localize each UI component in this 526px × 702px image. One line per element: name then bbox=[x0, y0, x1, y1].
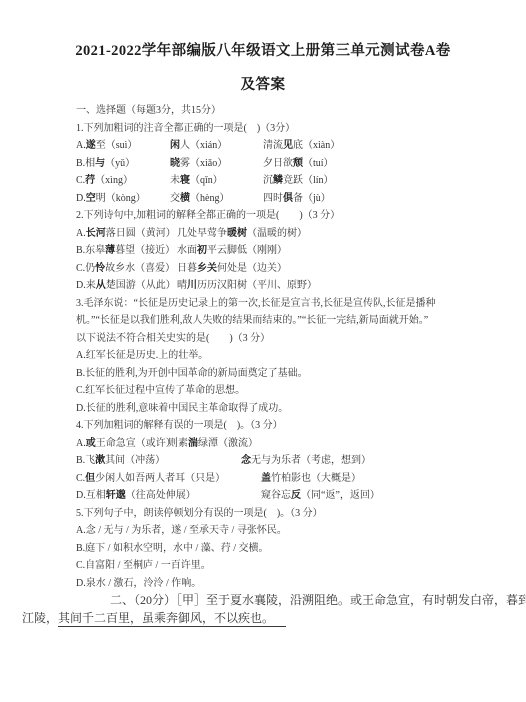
option-text: （hèng） bbox=[190, 193, 229, 204]
passage-text: 江陵， bbox=[22, 611, 58, 625]
question-3-stem-line-2: 机。”“长征是以我们胜利,敌人失败的结果而结束的。”“长征一完结,新局面就开始。… bbox=[76, 312, 490, 330]
question-2-stem: 2.下列诗句中,加粗词的解释全都正确的一项是( )（3 分） bbox=[76, 207, 490, 225]
q1-option-row-c: C.荇（xìng） 未寝（qǐn） 沉鳞竞跃（lín） bbox=[76, 172, 490, 190]
option-bold-word: 或 bbox=[86, 438, 96, 449]
q4-option-row-a: A.或王命急宣（或许） 则素湍绿潭（激流） bbox=[76, 435, 490, 453]
option-cell: 闲人（xián） bbox=[170, 137, 263, 155]
section-2-reading-passage: 二、（20分）［甲］至于夏水襄陵，沿溯阻绝。或王命急宣，有时朝发白帝，暮到 江陵… bbox=[22, 592, 476, 628]
option-text: （往高处伸展） bbox=[126, 490, 196, 501]
option-cell: D.互相轩邈（往高处伸展） bbox=[76, 487, 261, 505]
option-cell: C.仍怜故乡水（喜爱） bbox=[76, 260, 177, 278]
question-3-stem-line-1: 3.毛泽东说：“长征是历史记录上的第一次,长征是宣言书,长征是宣传队,长征是播种 bbox=[76, 295, 490, 313]
option-text: （yǔ） bbox=[105, 158, 135, 169]
option-bold-word: 见 bbox=[283, 140, 293, 151]
section-1-choice-questions: 一、选择题（每题3分，共15分） 1.下列加粗词的注音全都正确的一项是( )（3… bbox=[76, 102, 490, 592]
option-cell: 则素湍绿潭（激流） bbox=[168, 435, 490, 453]
option-text: 竞跃（lín） bbox=[283, 175, 334, 186]
option-bold-word: 盖 bbox=[261, 473, 271, 484]
option-cell: 沉鳞竞跃（lín） bbox=[263, 172, 490, 190]
q3-option-d: D.长征的胜利,意味着中国民主革命取得了成功。 bbox=[76, 400, 490, 418]
option-text: 交 bbox=[170, 193, 180, 204]
q4-option-row-b: B.飞漱其间（冲荡） 念无与为乐者（考虑，想到） bbox=[76, 452, 490, 470]
option-bold-word: 薄 bbox=[105, 245, 115, 256]
option-cell: 窥谷忘反（同“返”，返回） bbox=[261, 487, 490, 505]
option-bold-word: 漱 bbox=[95, 455, 105, 466]
option-bold-word: 鳞 bbox=[273, 175, 283, 186]
option-text: 四时 bbox=[263, 193, 283, 204]
underlined-passage-text: 其间千二百里，虽乘奔御风，不以疾也。 bbox=[58, 611, 286, 627]
option-text: 几处早莺争 bbox=[177, 228, 227, 239]
section2-line-1: 二、（20分）［甲］至于夏水襄陵，沿溯阻绝。或王命急宣，有时朝发白帝，暮到 bbox=[22, 592, 476, 610]
option-cell: C.荇（xìng） bbox=[76, 172, 170, 190]
option-cell: 日暮乡关何处是（边关） bbox=[177, 260, 490, 278]
q1-option-row-a: A.遂至（suì） 闲人（xián） 清流见底（xiàn） bbox=[76, 137, 490, 155]
option-text: 历历汉阳树（平川、原野） bbox=[197, 280, 317, 291]
option-text: 未 bbox=[170, 175, 180, 186]
option-text: 底（xiàn） bbox=[293, 140, 340, 151]
q3-option-c: C.红军长征过程中宣传了革命的思想。 bbox=[76, 382, 490, 400]
option-text: 暮望（接近） bbox=[115, 245, 175, 256]
option-bold-word: 川 bbox=[187, 280, 197, 291]
option-cell: 晓雾（xiǎo） bbox=[170, 155, 263, 173]
option-text: D.来 bbox=[76, 280, 96, 291]
q5-option-b: B.庭下 / 如积水空明，水中 / 藻、荇 / 交横。 bbox=[76, 540, 490, 558]
option-cell: 清流见底（xiàn） bbox=[263, 137, 490, 155]
q5-option-d: D.泉水 / 激石，泠泠 / 作响。 bbox=[76, 575, 490, 593]
option-bold-word: 寝 bbox=[180, 175, 190, 186]
option-text: 窥谷忘 bbox=[261, 490, 291, 501]
option-bold-word: 闲 bbox=[170, 140, 180, 151]
option-bold-word: 俱 bbox=[283, 193, 293, 204]
option-text: 落日圆（黄河） bbox=[106, 228, 176, 239]
option-bold-word: 念 bbox=[241, 455, 251, 466]
option-bold-word: 轩邈 bbox=[106, 490, 126, 501]
option-text: D. bbox=[76, 193, 86, 204]
option-cell: C.但少闲人如吾两人者耳（只是） bbox=[76, 470, 261, 488]
option-text: 雾（xiǎo） bbox=[180, 158, 227, 169]
option-text: 夕日欲 bbox=[263, 158, 293, 169]
option-text: A. bbox=[76, 140, 86, 151]
option-text: 晴 bbox=[177, 280, 187, 291]
option-text: 备（jù） bbox=[293, 193, 331, 204]
option-bold-word: 暖树 bbox=[227, 228, 247, 239]
option-text: 王命急宣（或许） bbox=[96, 438, 176, 449]
option-bold-word: 乡关 bbox=[197, 263, 217, 274]
q4-option-row-c: C.但少闲人如吾两人者耳（只是） 盖竹柏影也（大概是） bbox=[76, 470, 490, 488]
page-title: 2021-2022学年部编版八年级语文上册第三单元测试卷A卷 及答案 bbox=[0, 0, 526, 102]
option-text: 水面 bbox=[177, 245, 197, 256]
option-cell: A.或王命急宣（或许） bbox=[76, 435, 168, 453]
option-bold-word: 与 bbox=[95, 158, 105, 169]
q2-option-row-b: B.东皋薄暮望（接近） 水面初平云脚低（刚刚） bbox=[76, 242, 490, 260]
option-text: A. bbox=[76, 228, 86, 239]
option-bold-word: 反 bbox=[291, 490, 301, 501]
option-text: 故乡水（喜爱） bbox=[105, 263, 175, 274]
option-cell: A.长河落日圆（黄河） bbox=[76, 225, 177, 243]
option-text: B.东皋 bbox=[76, 245, 105, 256]
title-line-2: 及答案 bbox=[0, 68, 526, 102]
option-cell: 水面初平云脚低（刚刚） bbox=[177, 242, 490, 260]
option-text: D.互相 bbox=[76, 490, 106, 501]
option-bold-word: 颓 bbox=[293, 158, 303, 169]
q5-option-c: C.自富阳 / 至桐庐 / 一百许里。 bbox=[76, 557, 490, 575]
option-cell: D.来从楚国游（从此） bbox=[76, 277, 177, 295]
option-cell: 几处早莺争暖树（温暖的树） bbox=[177, 225, 490, 243]
title-line-1: 2021-2022学年部编版八年级语文上册第三单元测试卷A卷 bbox=[0, 34, 526, 68]
option-text: 日暮 bbox=[177, 263, 197, 274]
question-3-stem-line-3: 以下说法不符合相关史实的是( )（3 分） bbox=[76, 330, 490, 348]
q1-option-row-b: B.相与（yǔ） 晓雾（xiǎo） 夕日欲颓（tuí） bbox=[76, 155, 490, 173]
option-text: 何处是（边关） bbox=[217, 263, 287, 274]
option-bold-word: 怜 bbox=[95, 263, 105, 274]
q3-option-a: A.红军长征是历史.上的壮举。 bbox=[76, 347, 490, 365]
option-text: 绿潭（激流） bbox=[198, 438, 258, 449]
option-text: 竹柏影也（大概是） bbox=[271, 473, 361, 484]
q1-option-row-d: D.空明（kòng） 交横（hèng） 四时俱备（jù） bbox=[76, 190, 490, 208]
option-text: 少闲人如吾两人者耳（只是） bbox=[95, 473, 225, 484]
option-text: 其间（冲荡） bbox=[105, 455, 165, 466]
option-bold-word: 长河 bbox=[86, 228, 106, 239]
option-text: B.相 bbox=[76, 158, 95, 169]
option-text: A. bbox=[76, 438, 86, 449]
option-text: B.飞 bbox=[76, 455, 95, 466]
option-bold-word: 湍 bbox=[188, 438, 198, 449]
option-text: 则素 bbox=[168, 438, 188, 449]
q2-option-row-c: C.仍怜故乡水（喜爱） 日暮乡关何处是（边关） bbox=[76, 260, 490, 278]
section2-line-2: 江陵，其间千二百里，虽乘奔御风，不以疾也。 bbox=[22, 610, 476, 628]
option-cell: 晴川历历汉阳树（平川、原野） bbox=[177, 277, 490, 295]
question-4-stem: 4.下列加粗词的解释有误的一项是( )。（3 分） bbox=[76, 417, 490, 435]
option-bold-word: 遂 bbox=[86, 140, 96, 151]
document-page: 2021-2022学年部编版八年级语文上册第三单元测试卷A卷 及答案 一、选择题… bbox=[0, 0, 526, 702]
option-text: （xìng） bbox=[95, 175, 133, 186]
option-cell: 盖竹柏影也（大概是） bbox=[261, 470, 490, 488]
option-cell: 交横（hèng） bbox=[170, 190, 263, 208]
option-cell: 夕日欲颓（tuí） bbox=[263, 155, 490, 173]
option-cell: 未寝（qǐn） bbox=[170, 172, 263, 190]
option-bold-word: 从 bbox=[96, 280, 106, 291]
option-text: （温暖的树） bbox=[247, 228, 307, 239]
q3-option-b: B.长征的胜利,为开创中国革命的新局面奠定了基础。 bbox=[76, 365, 490, 383]
option-text: 无与为乐者（考虑，想到） bbox=[251, 455, 371, 466]
option-cell: B.东皋薄暮望（接近） bbox=[76, 242, 177, 260]
option-bold-word: 荇 bbox=[85, 175, 95, 186]
option-text: （qǐn） bbox=[190, 175, 223, 186]
q2-option-row-d: D.来从楚国游（从此） 晴川历历汉阳树（平川、原野） bbox=[76, 277, 490, 295]
option-bold-word: 但 bbox=[85, 473, 95, 484]
option-bold-word: 晓 bbox=[170, 158, 180, 169]
option-cell: 四时俱备（jù） bbox=[263, 190, 490, 208]
option-cell: B.相与（yǔ） bbox=[76, 155, 170, 173]
option-cell: B.飞漱其间（冲荡） bbox=[76, 452, 241, 470]
option-text: 平云脚低（刚刚） bbox=[207, 245, 287, 256]
option-cell: D.空明（kòng） bbox=[76, 190, 170, 208]
section1-heading: 一、选择题（每题3分，共15分） bbox=[76, 102, 490, 120]
q2-option-row-a: A.长河落日圆（黄河） 几处早莺争暖树（温暖的树） bbox=[76, 225, 490, 243]
option-text: C.仍 bbox=[76, 263, 95, 274]
option-bold-word: 空 bbox=[86, 193, 96, 204]
option-text: 至（suì） bbox=[96, 140, 138, 151]
question-1-stem: 1.下列加粗词的注音全都正确的一项是( )（3分） bbox=[76, 120, 490, 138]
option-text: C. bbox=[76, 175, 85, 186]
option-text: C. bbox=[76, 473, 85, 484]
option-cell: A.遂至（suì） bbox=[76, 137, 170, 155]
option-text: （tuí） bbox=[303, 158, 334, 169]
q5-option-a: A.念 / 无与 / 为乐者，遂 / 至承天寺 / 寻张怀民。 bbox=[76, 522, 490, 540]
question-5-stem: 5.下列句子中，朗读停顿划分有误的一项是( )。（3 分） bbox=[76, 505, 490, 523]
option-text: 楚国游（从此） bbox=[106, 280, 176, 291]
option-text: （同“返”，返回） bbox=[301, 490, 380, 501]
q4-option-row-d: D.互相轩邈（往高处伸展） 窥谷忘反（同“返”，返回） bbox=[76, 487, 490, 505]
option-bold-word: 横 bbox=[180, 193, 190, 204]
option-text: 人（xián） bbox=[180, 140, 227, 151]
option-text: 明（kòng） bbox=[96, 193, 146, 204]
option-bold-word: 初 bbox=[197, 245, 207, 256]
option-text: 沉 bbox=[263, 175, 273, 186]
option-cell: 念无与为乐者（考虑，想到） bbox=[241, 452, 490, 470]
option-text: 清流 bbox=[263, 140, 283, 151]
